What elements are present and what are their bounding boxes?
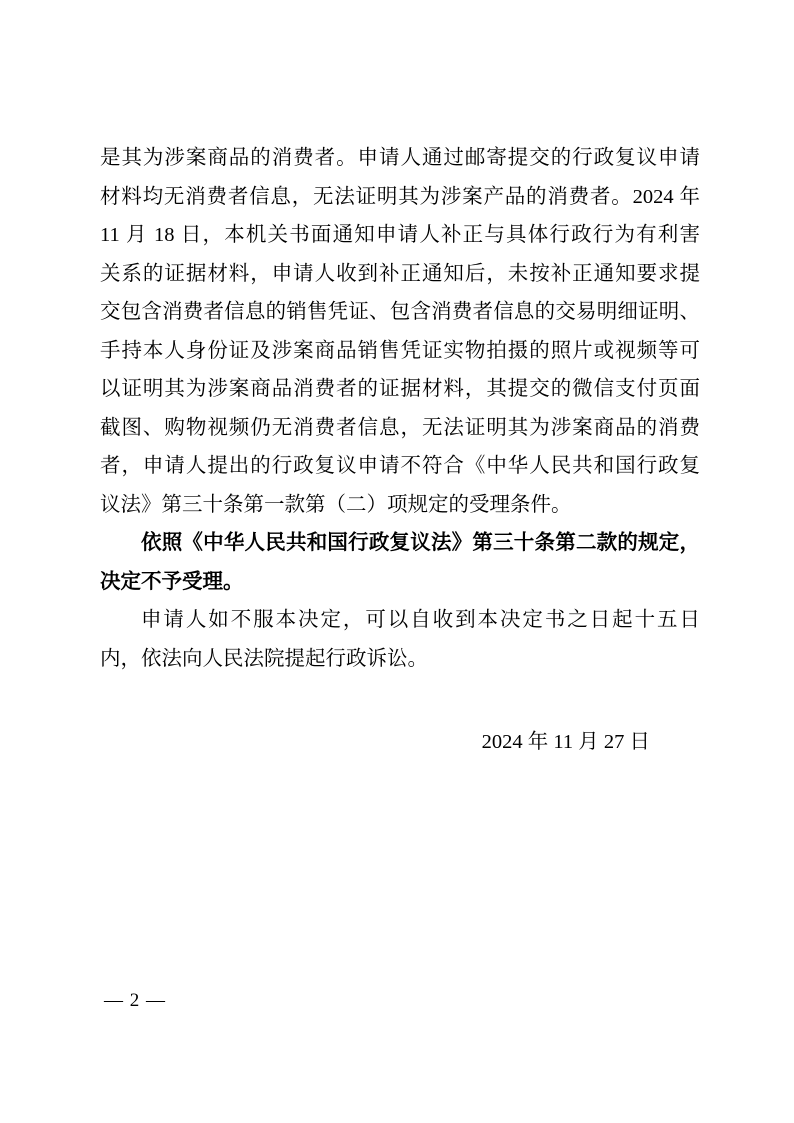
document-date: 2024 年 11 月 27 日 bbox=[100, 723, 650, 762]
body-line: 交包含消费者信息的销售凭证、包含消费者信息的交易明细证明、 bbox=[100, 293, 700, 332]
page-number: — 2 — bbox=[104, 988, 166, 1014]
body-line: 以证明其为涉案商品消费者的证据材料，其提交的微信支付页面 bbox=[100, 370, 700, 409]
body-line: 申请人如不服本决定，可以自收到本决定书之日起十五日 bbox=[100, 601, 700, 640]
document-body: 是其为涉案商品的消费者。申请人通过邮寄提交的行政复议申请 材料均无消费者信息，无… bbox=[100, 139, 700, 678]
body-line: 内，依法向人民法院提起行政诉讼。 bbox=[100, 640, 700, 679]
body-line: 关系的证据材料，申请人收到补正通知后，未按补正通知要求提 bbox=[100, 255, 700, 294]
body-line: 者，申请人提出的行政复议申请不符合《中华人民共和国行政复 bbox=[100, 447, 700, 486]
decision-clause-line: 依照《中华人民共和国行政复议法》第三十条第二款的规定， bbox=[100, 524, 700, 563]
decision-clause-line: 决定不予受理。 bbox=[100, 563, 700, 602]
body-line: 截图、购物视频仍无消费者信息，无法证明其为涉案商品的消费 bbox=[100, 409, 700, 448]
body-line: 是其为涉案商品的消费者。申请人通过邮寄提交的行政复议申请 bbox=[100, 139, 700, 178]
document-page: 是其为涉案商品的消费者。申请人通过邮寄提交的行政复议申请 材料均无消费者信息，无… bbox=[0, 0, 794, 1123]
body-line: 11 月 18 日，本机关书面通知申请人补正与具体行政行为有利害 bbox=[100, 216, 700, 255]
body-line: 手持本人身份证及涉案商品销售凭证实物拍摄的照片或视频等可 bbox=[100, 332, 700, 371]
body-line: 议法》第三十条第一款第（二）项规定的受理条件。 bbox=[100, 486, 700, 525]
body-line: 材料均无消费者信息，无法证明其为涉案产品的消费者。2024 年 bbox=[100, 178, 700, 217]
